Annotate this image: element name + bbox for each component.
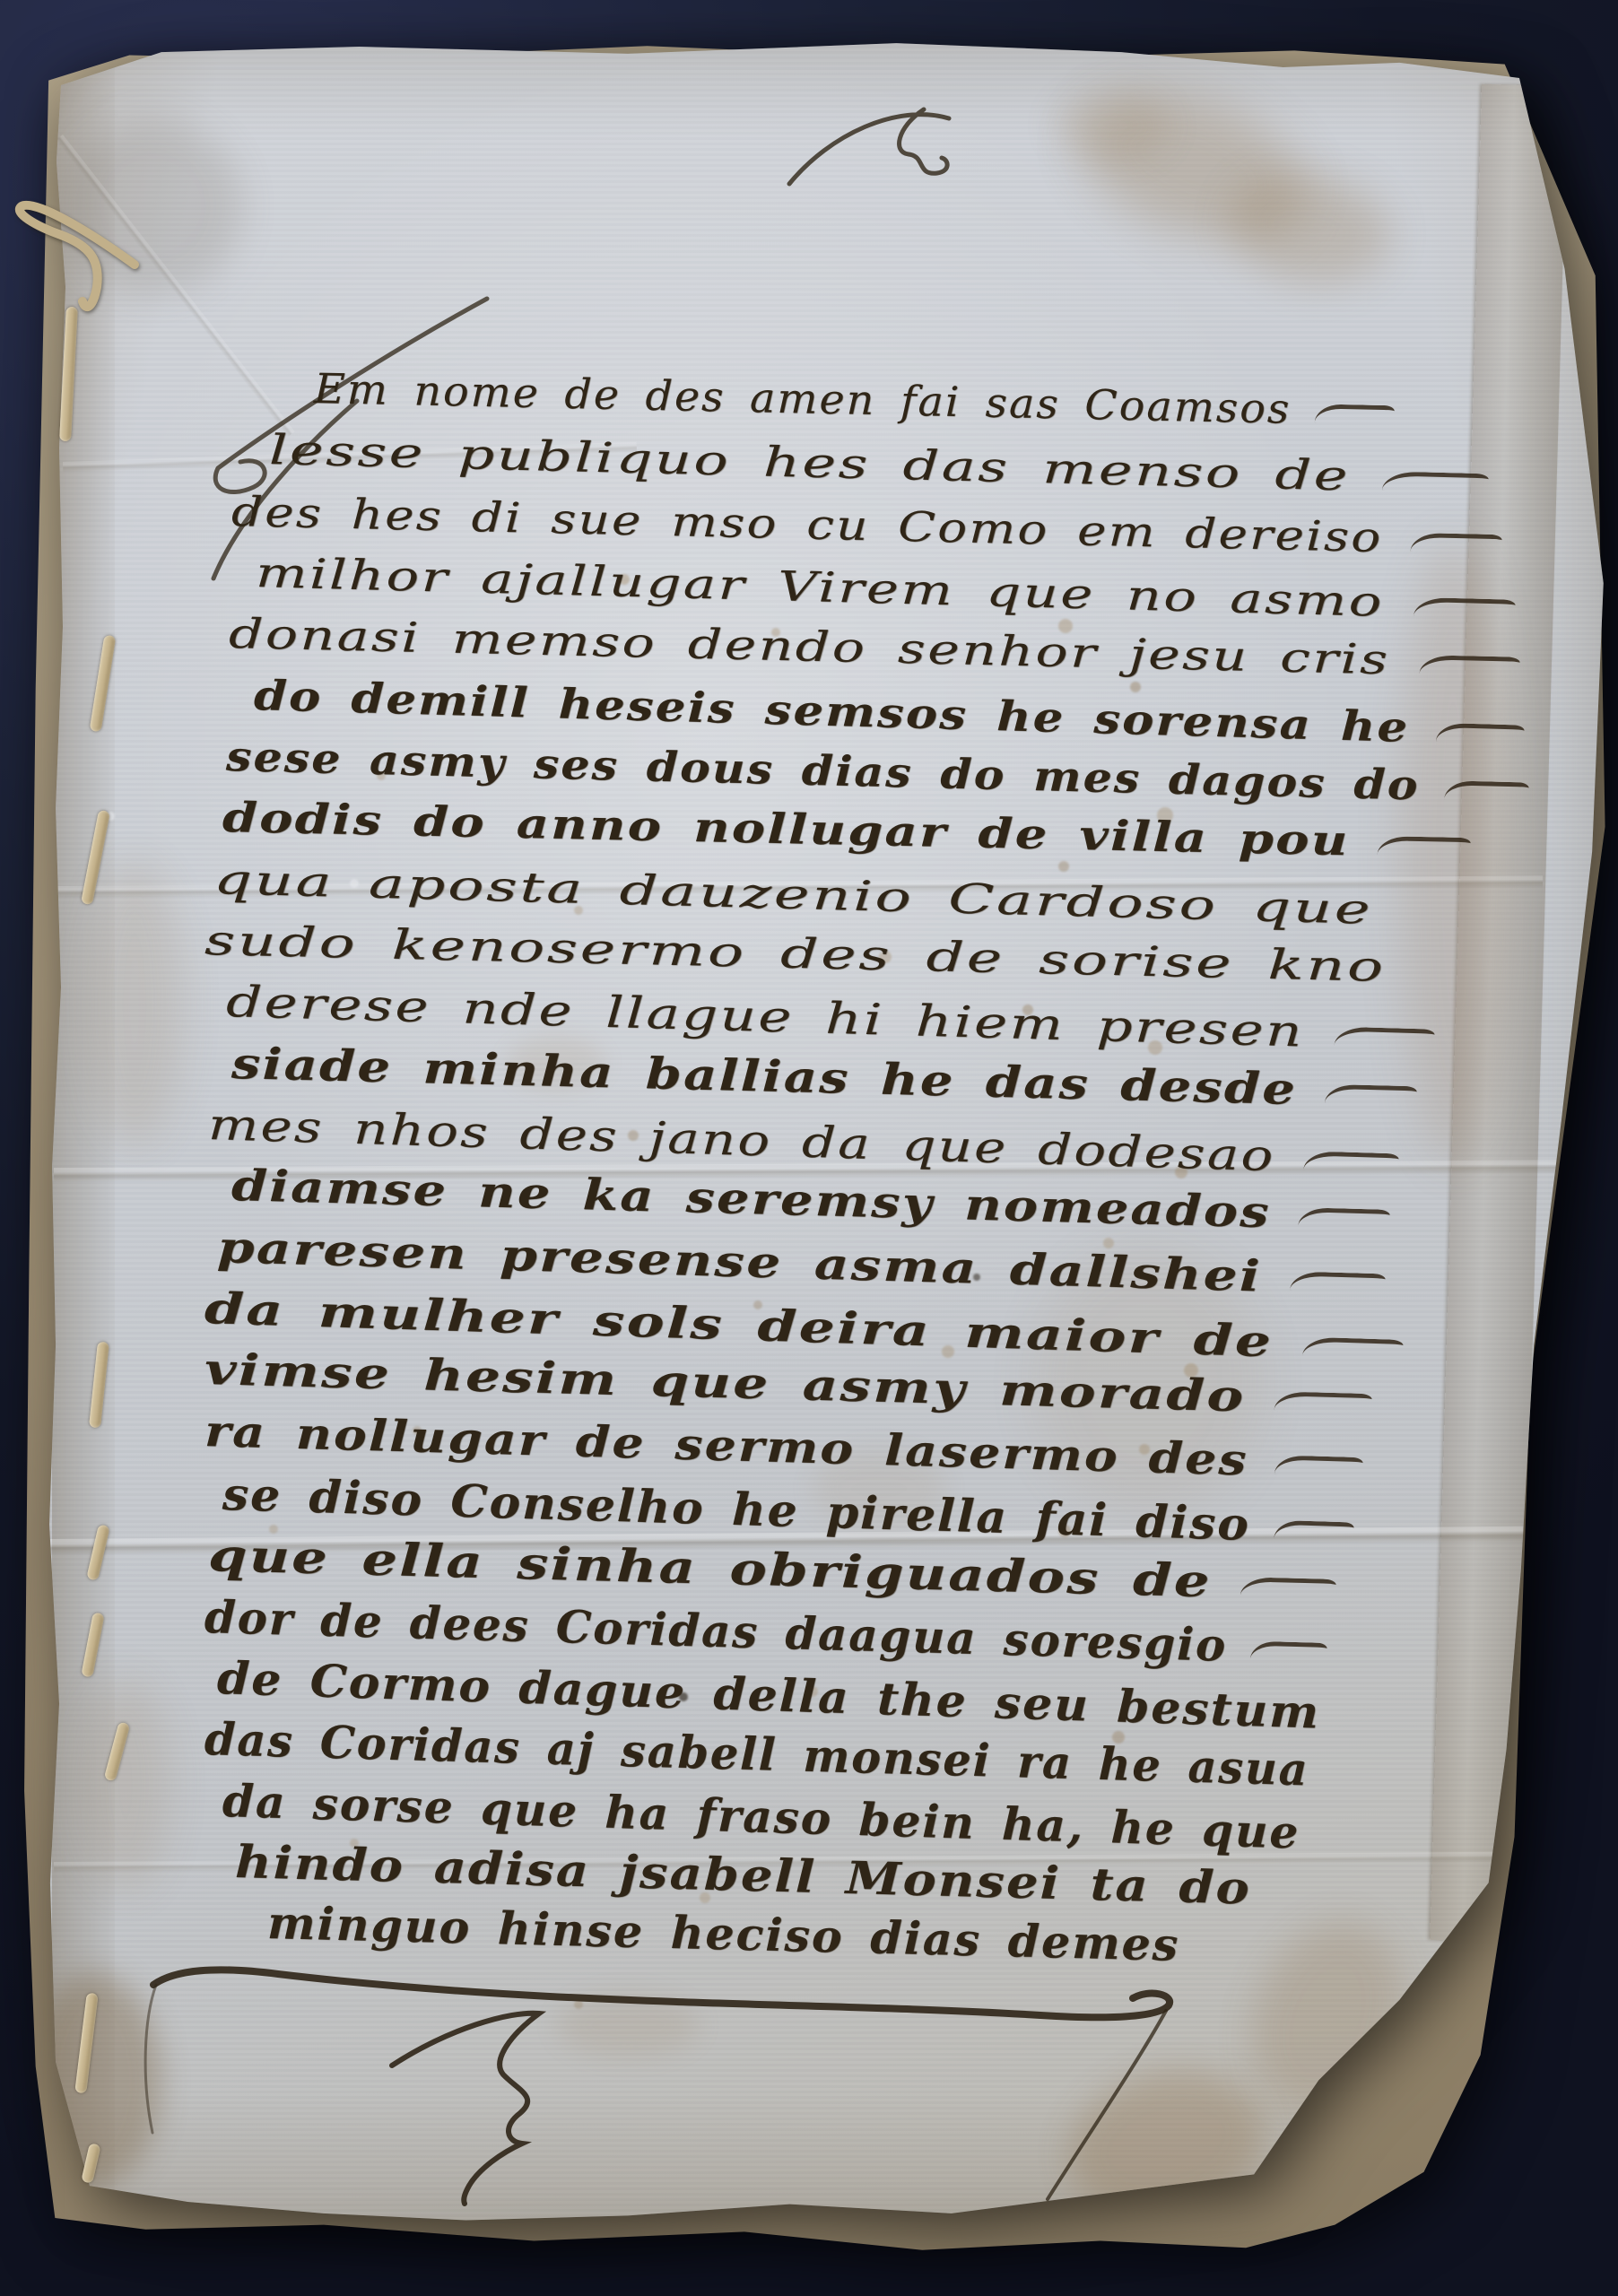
- closing-rule-descender: [145, 1985, 156, 2133]
- ink-flourishes-overlay: [0, 0, 1618, 2296]
- closing-diagonal-stroke: [1048, 2011, 1166, 2199]
- top-monogram-flourish: [789, 109, 949, 184]
- opening-initial-flourish: [213, 299, 487, 578]
- signature-squiggle: [392, 2013, 539, 2204]
- photograph-of-manuscript: Em nome de des amen fai sas Coamsoslesse…: [0, 0, 1618, 2296]
- loose-binding-thread: [20, 205, 135, 307]
- closing-rule-flourish: [153, 1970, 1170, 2017]
